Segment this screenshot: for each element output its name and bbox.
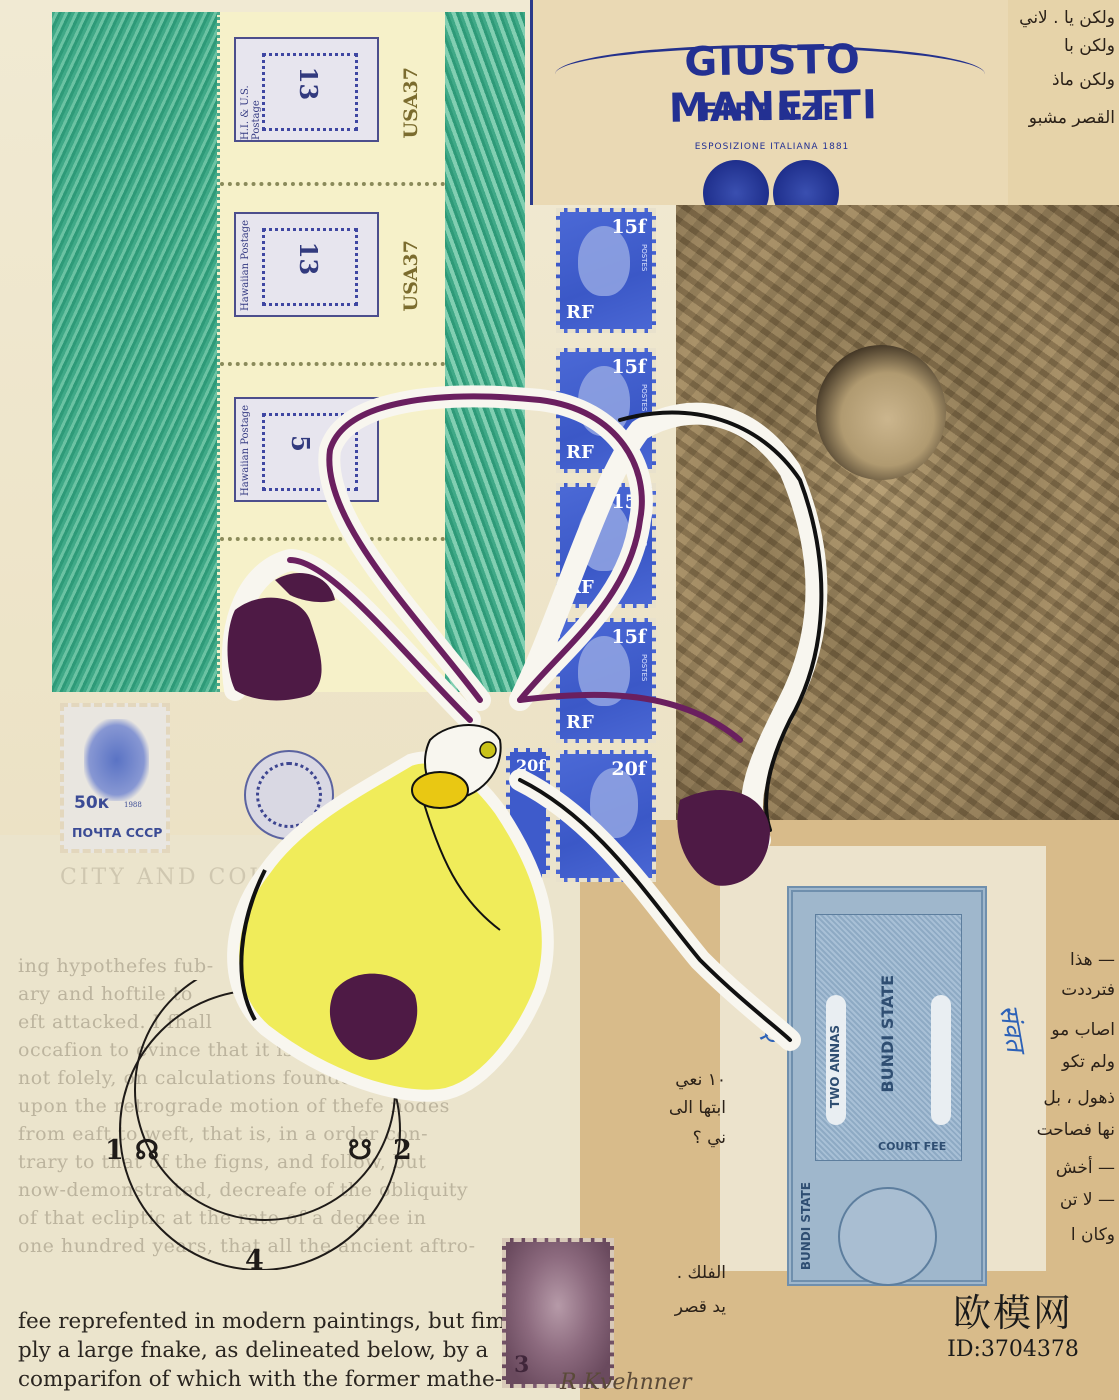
stamp-denomination: USA37 [400,67,422,138]
stamp-country: ПОЧТА СССР [72,825,162,840]
arabic-line: ابتها الى [669,1098,726,1118]
watermark: 欧模网 ID:3704378 [938,1282,1088,1362]
stamp-text: Hawaiian Postage [240,405,258,496]
book-text-line: comparifon of which with the former math… [18,1365,518,1394]
stamp-label: POSTES [640,654,648,681]
muller-marianne-stamp: 20f [556,750,656,882]
arabic-text-bottom: الفلك . يد قصر [650,1255,730,1325]
bundi-court-fee-stamp: TWO ANNAS BUNDI STATE COURT FEE BUNDI ST… [787,886,987,1286]
stamp-slot [931,995,951,1125]
stamp-mark: RF [566,302,594,323]
stamp-value: 3 [514,1352,529,1378]
photo-texture [676,205,1119,820]
marianne-stamp: 15f POSTES RF [556,208,656,333]
arabic-text-right: — هذا فترددت اصاب مو ولم تكو ذهول ، بل ن… [1036,940,1119,1290]
book-text-line: fee reprefented in modern paintings, but… [18,1307,518,1336]
giusto-manetti-label: GIUSTO MANETTI FIRENZE ESPOSIZIONE ITALI… [530,0,1014,205]
stamp-border-ornament [262,413,358,491]
stamp-value: 5 [286,435,315,452]
stamp-mark: RF [566,442,594,463]
marianne-stamp: 15f POSTES RF [556,618,656,743]
book-text-line: ply a large fnake, as delineated below, … [18,1336,518,1365]
watermark-brand: 欧模网 [938,1282,1088,1337]
palm-leaf-print-left [52,12,217,692]
french-stamp-strip: 15f POSTES RF 15f POSTES RF 15f POSTES R… [556,208,666,883]
ascending-node-symbol: ☊ [135,1135,159,1166]
stamp-value: 15f [611,491,646,513]
stamp-state: BUNDI STATE [878,975,897,1093]
stamp-court-fee: COURT FEE [878,1140,946,1153]
stamp-mark: RF [566,577,594,598]
stamp-label: POSTES [640,384,648,411]
stamp-value: 20f [516,756,545,775]
stamp-value: 13 [294,242,323,275]
stamp-value: 20f [611,758,646,780]
sepia-photograph [676,205,1119,820]
arabic-line: ذهول ، بل [1043,1088,1115,1108]
book-faded-line: ing hypothefes fub- [18,955,498,977]
arabic-line: ولكن ماذ [1052,70,1115,90]
arabic-line: ولكن يا . لاني [1019,8,1115,28]
stamp-illustration [84,719,149,801]
arabic-page-top: ولكن يا . لاني ولكن با ولكن ماذ القصر مش… [1008,0,1119,205]
stamp-text: Hawaiian Postage [240,220,258,311]
artist-signature: R Kvehnner [560,1370,691,1395]
palm-leaf-print-right [440,12,525,692]
perforation [220,537,445,541]
arabic-line: اصاب مو [1051,1020,1115,1040]
book-faded-heading: CITY AND COUNTY [60,865,328,890]
stamp-mark: RF [566,712,594,733]
stamp-value: 15f [611,216,646,238]
descending-node-symbol: ☋ [348,1135,372,1166]
stamp-label: POSTES [640,519,648,546]
french-stamp-partial: 20f [506,748,550,878]
hawaiian-stamp: Hawaiian Postage 13 [234,212,379,317]
hawaiian-stamp-sheet: H.I. & U.S. Postage 13 USA37 Hawaiian Po… [217,12,445,692]
ussr-stamp: 50к 1988 ПОЧТА СССР [60,703,170,853]
stamp-state-label: BUNDI STATE [799,1182,813,1270]
arabic-line: — هذا [1070,950,1115,970]
arabic-line: ني ؟ [693,1128,726,1148]
arabic-line: — لا تن [1060,1190,1115,1210]
arabic-line: القصر مشبو [1029,108,1115,128]
arabic-line: ولكن با [1064,36,1115,56]
perforation [220,182,445,186]
perforation [220,362,445,366]
node-diagram: 1 ☊ ☋ 2 4 [95,980,425,1270]
arabic-line: فترددت [1061,980,1115,1000]
stamp-text: H.I. & U.S. Postage [240,45,258,140]
arabic-text-left: ١٠ نعي ابتها الى ني ؟ [630,1060,730,1160]
seal-ring [256,762,322,828]
stamp-year: 1988 [124,801,142,809]
portrait-face [816,345,946,480]
stamp-value: 50к [74,793,109,813]
label-city: FIRENZE [533,98,1011,126]
stamp-value: 15f [611,356,646,378]
book-text: fee reprefented in modern paintings, but… [18,1307,518,1394]
circles-graphic [95,980,425,1270]
stamp-denomination: USA37 [400,240,422,311]
stamp-value: 13 [294,67,323,100]
diagram-label-1: 1 [105,1135,124,1166]
arabic-line: وكان ا [1071,1225,1115,1245]
official-seal [244,750,334,840]
arabic-line: نها فصاحت [1037,1120,1115,1140]
stamp-label: POSTES [640,244,648,271]
watermark-id: ID:3704378 [938,1337,1088,1362]
arabic-line: يد قصر [675,1297,726,1317]
arabic-line: ١٠ نعي [675,1070,726,1090]
hawaiian-stamp: Hawaiian Postage 5 [234,397,379,502]
stamp-value: 15f [611,626,646,648]
arabic-line: ولم تكو [1062,1052,1115,1072]
marianne-stamp: 15f POSTES RF [556,348,656,473]
marianne-stamp: 15f POSTES RF [556,483,656,608]
coat-of-arms-icon [838,1187,937,1286]
diagram-label-4: 4 [245,1245,264,1276]
hawaiian-stamp: H.I. & U.S. Postage 13 [234,37,379,142]
arabic-line: الفلك . [677,1263,726,1283]
label-expo: ESPOSIZIONE ITALIANA 1881 [533,142,1011,152]
stamp-denomination: TWO ANNAS [828,1025,842,1108]
diagram-label-2: 2 [393,1135,412,1166]
arabic-line: — أخش [1056,1158,1115,1178]
stamp-field: TWO ANNAS BUNDI STATE COURT FEE [815,914,962,1161]
purple-postage-stamp: 3 [502,1238,614,1388]
